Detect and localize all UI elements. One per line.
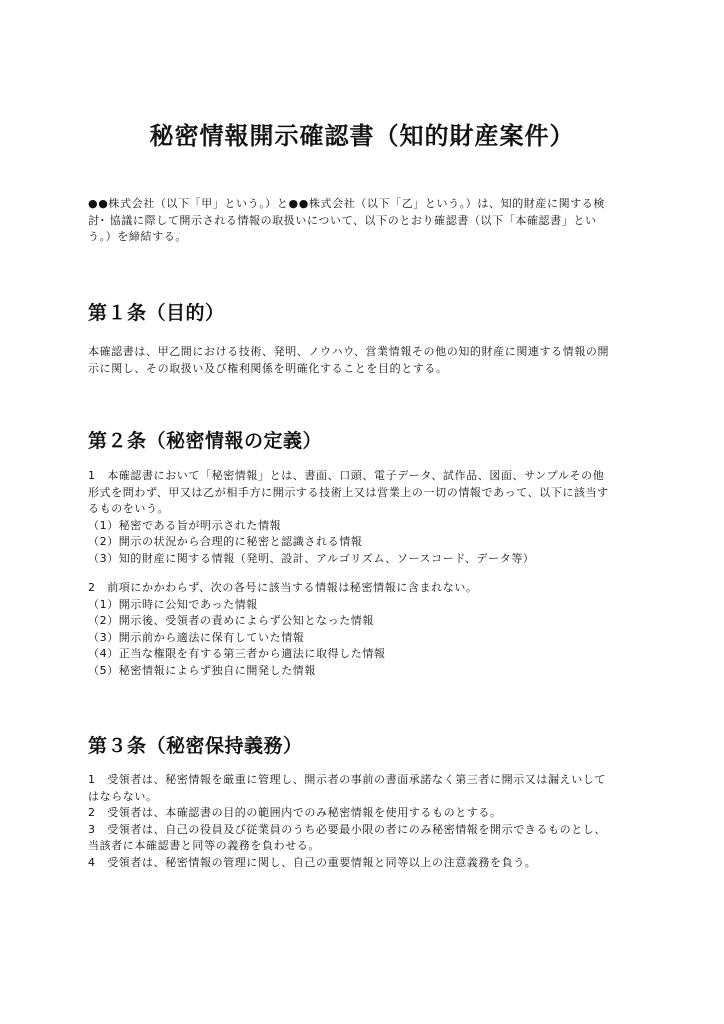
article-2-heading: 第２条（秘密情報の定義） [88, 428, 322, 454]
article-1-body: 本確認書は、甲乙間における技術、発明、ノウハウ、営業情報その他の知的財産に関連す… [88, 344, 644, 377]
intro-line: ●●株式会社（以下「甲」という。）と●●株式会社（以下「乙」という。）は、知的財… [88, 196, 644, 213]
body-line: 示に関し、その取扱い及び権利関係を明確化することを目的とする。 [88, 361, 644, 378]
article-3-body: 1 受領者は、秘密情報を厳重に管理し、開示者の事前の書面承諾なく第三者に開示又は… [88, 772, 644, 871]
body-line: 2 前項にかかわらず、次の各号に該当する情報は秘密情報に含まれない。 [88, 580, 644, 597]
list-item: （2）開示後、受領者の責めによらず公知となった情報 [88, 613, 644, 630]
list-item: （1）開示時に公知であった情報 [88, 597, 644, 614]
body-line: 3 受領者は、自己の役員及び従業員のうち必要最小限の者にのみ秘密情報を開示できる… [88, 822, 644, 839]
list-item: （2）開示の状況から合理的に秘密と認識される情報 [88, 534, 644, 551]
list-item: （3）開示前から適法に保有していた情報 [88, 630, 644, 647]
body-line: 1 受領者は、秘密情報を厳重に管理し、開示者の事前の書面承諾なく第三者に開示又は… [88, 772, 644, 789]
body-line: 当該者に本確認書と同等の義務を負わせる。 [88, 838, 644, 855]
list-item: （5）秘密情報によらず独自に開発した情報 [88, 663, 644, 680]
article-2-paragraph-1: 1 本確認書において「秘密情報」とは、書面、口頭、電子データ、試作品、図面、サン… [88, 468, 644, 567]
intro-line: 討･ 協議に際して開示される情報の取扱いについて、以下のとおり確認書（以下「本確… [88, 213, 644, 230]
body-line: 1 本確認書において「秘密情報」とは、書面、口頭、電子データ、試作品、図面、サン… [88, 468, 644, 485]
body-line: はならない。 [88, 789, 644, 806]
list-item: （1）秘密である旨が明示された情報 [88, 518, 644, 535]
intro-line: う。）を締結する。 [88, 229, 644, 246]
list-item: （4）正当な権限を有する第三者から適法に取得した情報 [88, 646, 644, 663]
body-line: 形式を問わず、甲又は乙が相手方に開示する技術上又は営業上の一切の情報であって、以… [88, 485, 644, 502]
article-3-heading: 第３条（秘密保持義務） [88, 733, 303, 759]
article-2-paragraph-2: 2 前項にかかわらず、次の各号に該当する情報は秘密情報に含まれない。 （1）開示… [88, 580, 644, 679]
body-line: 2 受領者は、本確認書の目的の範囲内でのみ秘密情報を使用するものとする。 [88, 805, 644, 822]
intro-paragraph: ●●株式会社（以下「甲」という。）と●●株式会社（以下「乙」という。）は、知的財… [88, 196, 644, 246]
body-line: 4 受領者は、秘密情報の管理に関し、自己の重要情報と同等以上の注意義務を負う。 [88, 855, 644, 872]
list-item: （3）知的財産に関する情報（発明、設計、アルゴリズム、ソースコード、データ等） [88, 551, 644, 568]
document-page: 秘密情報開示確認書（知的財産案件） ●●株式会社（以下「甲」という。）と●●株式… [0, 0, 724, 1024]
document-title: 秘密情報開示確認書（知的財産案件） [0, 120, 724, 152]
article-1-heading: 第１条（目的） [88, 300, 225, 326]
body-line: 本確認書は、甲乙間における技術、発明、ノウハウ、営業情報その他の知的財産に関連す… [88, 344, 644, 361]
body-line: るものをいう。 [88, 501, 644, 518]
